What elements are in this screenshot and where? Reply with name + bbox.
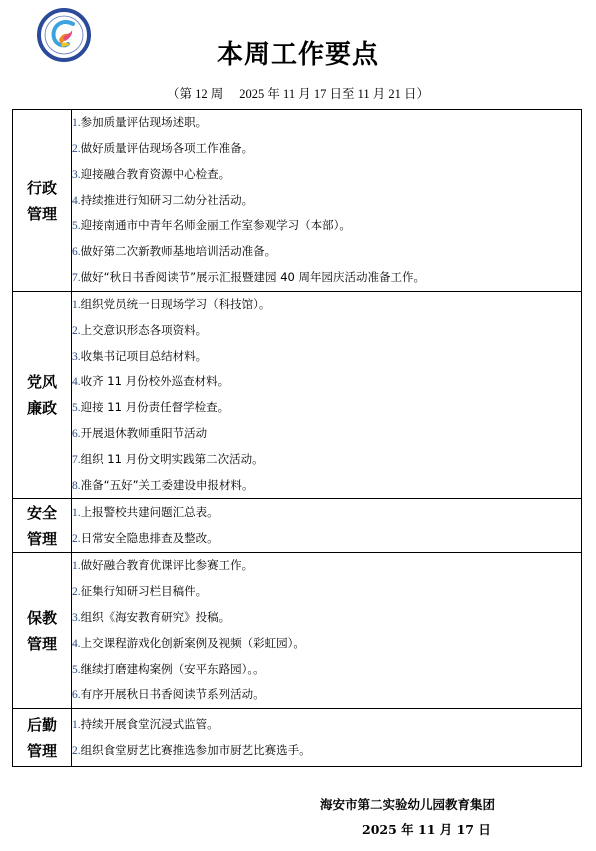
list-item: 4.持续推进行知研习二幼分社活动。: [72, 188, 581, 214]
table-row-party: 党风 廉政 1.组织党员统一日现场学习（科技馆）。 2.上交意识形态各项资料。 …: [13, 292, 582, 499]
category-label: 行政: [13, 175, 71, 201]
list-item: 3.收集书记项目总结材料。: [72, 344, 581, 370]
category-label: 后勤: [13, 712, 71, 738]
category-label: 安全: [13, 500, 71, 526]
category-label: 管理: [13, 526, 71, 552]
list-item: 4.上交课程游戏化创新案例及视频（彩虹园）。: [72, 631, 581, 657]
list-item: 1.持续开展食堂沉浸式监管。: [72, 712, 581, 738]
items-cell: 1.组织党员统一日现场学习（科技馆）。 2.上交意识形态各项资料。 3.收集书记…: [72, 292, 582, 499]
category-label: 管理: [13, 738, 71, 764]
list-item: 1.做好融合教育优课评比参赛工作。: [72, 553, 581, 579]
list-item: 3.迎接融合教育资源中心检查。: [72, 162, 581, 188]
category-cell: 保教 管理: [13, 553, 72, 709]
list-item: 6.有序开展秋日书香阅读节系列活动。: [72, 682, 581, 708]
items-cell: 1.参加质量评估现场述职。 2.做好质量评估现场各项工作准备。 3.迎接融合教育…: [72, 110, 582, 292]
footer-date: 2025 年 11 月 17 日: [362, 820, 491, 838]
table-row-safety: 安全 管理 1.上报警校共建问题汇总表。 2.日常安全隐患排查及整改。: [13, 499, 582, 553]
list-item: 7.做好“秋日书香阅读节”展示汇报暨建园 40 周年园庆活动准备工作。: [72, 265, 581, 291]
items-cell: 1.上报警校共建问题汇总表。 2.日常安全隐患排查及整改。: [72, 499, 582, 553]
list-item: 1.组织党员统一日现场学习（科技馆）。: [72, 292, 581, 318]
list-item: 2.征集行知研习栏目稿件。: [72, 579, 581, 605]
week-date-range: （第 12 周2025 年 11 月 17 日至 11 月 21 日）: [0, 86, 596, 102]
list-item: 5.继续打磨建构案例（安平东路园）。。: [72, 657, 581, 683]
list-item: 1.参加质量评估现场述职。: [72, 110, 581, 136]
category-cell: 行政 管理: [13, 110, 72, 292]
list-item: 6.做好第二次新教师基地培训活动准备。: [72, 239, 581, 265]
table-row-education: 保教 管理 1.做好融合教育优课评比参赛工作。 2.征集行知研习栏目稿件。 3.…: [13, 553, 582, 709]
work-plan-table: 行政 管理 1.参加质量评估现场述职。 2.做好质量评估现场各项工作准备。 3.…: [12, 109, 582, 767]
list-item: 2.组织食堂厨艺比赛推选参加市厨艺比赛选手。: [72, 738, 581, 764]
items-cell: 1.持续开展食堂沉浸式监管。 2.组织食堂厨艺比赛推选参加市厨艺比赛选手。: [72, 709, 582, 767]
list-item: 6.开展退休教师重阳节活动: [72, 421, 581, 447]
list-item: 7.组织 11 月份文明实践第二次活动。: [72, 447, 581, 473]
list-item: 2.上交意识形态各项资料。: [72, 318, 581, 344]
table-row-admin: 行政 管理 1.参加质量评估现场述职。 2.做好质量评估现场各项工作准备。 3.…: [13, 110, 582, 292]
category-cell: 安全 管理: [13, 499, 72, 553]
list-item: 5.迎接 11 月份责任督学检查。: [72, 395, 581, 421]
items-cell: 1.做好融合教育优课评比参赛工作。 2.征集行知研习栏目稿件。 3.组织《海安教…: [72, 553, 582, 709]
category-cell: 后勤 管理: [13, 709, 72, 767]
list-item: 8.准备“五好”关工委建设申报材料。: [72, 473, 581, 499]
list-item: 5.迎接南通市中青年名师金丽工作室参观学习（本部）。: [72, 213, 581, 239]
page-title: 本周工作要点: [0, 38, 596, 72]
list-item: 1.上报警校共建问题汇总表。: [72, 500, 581, 526]
week-number: （第 12 周: [167, 87, 223, 101]
category-cell: 党风 廉政: [13, 292, 72, 499]
list-item: 2.日常安全隐患排查及整改。: [72, 526, 581, 552]
list-item: 2.做好质量评估现场各项工作准备。: [72, 136, 581, 162]
footer-organization: 海安市第二实验幼儿园教育集团: [320, 795, 495, 813]
category-label: 管理: [13, 631, 71, 657]
category-label: 管理: [13, 201, 71, 227]
category-label: 保教: [13, 605, 71, 631]
table-row-logistics: 后勤 管理 1.持续开展食堂沉浸式监管。 2.组织食堂厨艺比赛推选参加市厨艺比赛…: [13, 709, 582, 767]
date-range: 2025 年 11 月 17 日至 11 月 21 日）: [239, 87, 429, 101]
list-item: 4.收齐 11 月份校外巡查材料。: [72, 369, 581, 395]
category-label: 党风: [13, 369, 71, 395]
category-label: 廉政: [13, 395, 71, 421]
list-item: 3.组织《海安教育研究》投稿。: [72, 605, 581, 631]
